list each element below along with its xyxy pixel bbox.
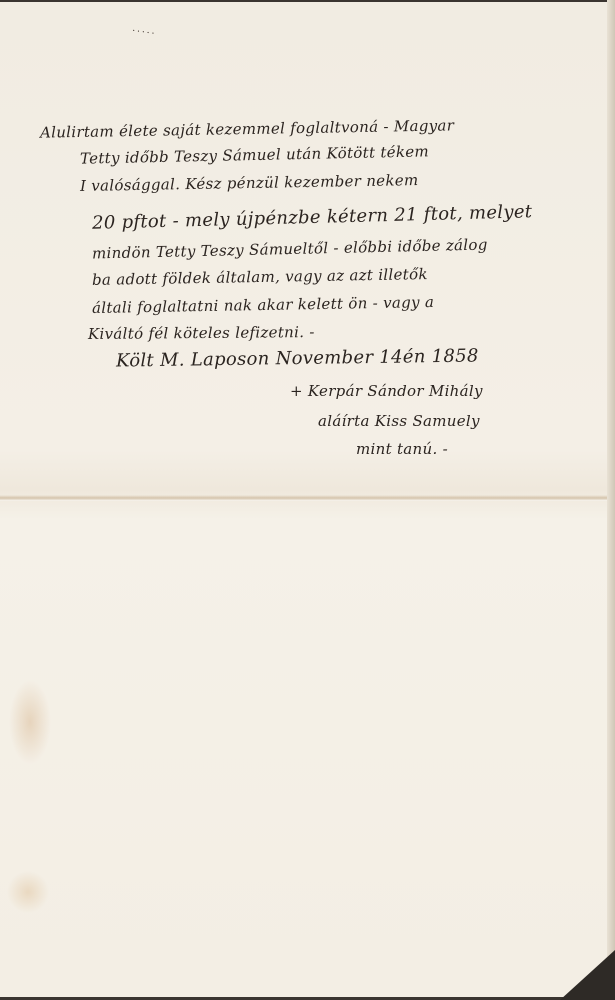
ink-marks: ····· bbox=[131, 26, 156, 39]
signature-line-3: mint tanú. - bbox=[356, 440, 448, 458]
body-line-4: 20 pftot - mely újpénzbe kétern 21 ftot,… bbox=[92, 201, 533, 234]
body-line-1: Alulirtam élete saját kezemmel foglaltvo… bbox=[40, 116, 454, 141]
signature-line-1: + Kerpár Sándor Mihály bbox=[290, 382, 483, 400]
date-line: Költ M. Laposon November 14én 1858 bbox=[116, 345, 479, 371]
signature-line-2: aláírta Kiss Samuely bbox=[318, 412, 480, 430]
body-line-7: általi foglaltatni nak akar kelett ön - … bbox=[92, 293, 434, 317]
document-page: ····· Alulirtam élete saját kezemmel fog… bbox=[0, 2, 608, 997]
body-line-5: mindön Tetty Teszy Sámueltől - előbbi id… bbox=[92, 236, 488, 263]
paper-fold bbox=[0, 495, 607, 501]
body-line-8: Kiváltó fél köteles lefizetni. - bbox=[88, 323, 315, 343]
paper-edge bbox=[607, 0, 615, 1000]
body-line-6: ba adott földek általam, vagy az azt ill… bbox=[92, 265, 428, 289]
body-line-2: Tetty időbb Teszy Sámuel után Kötött ték… bbox=[80, 142, 429, 167]
body-line-3: I valósággal. Kész pénzül kezember nekem bbox=[80, 171, 419, 195]
